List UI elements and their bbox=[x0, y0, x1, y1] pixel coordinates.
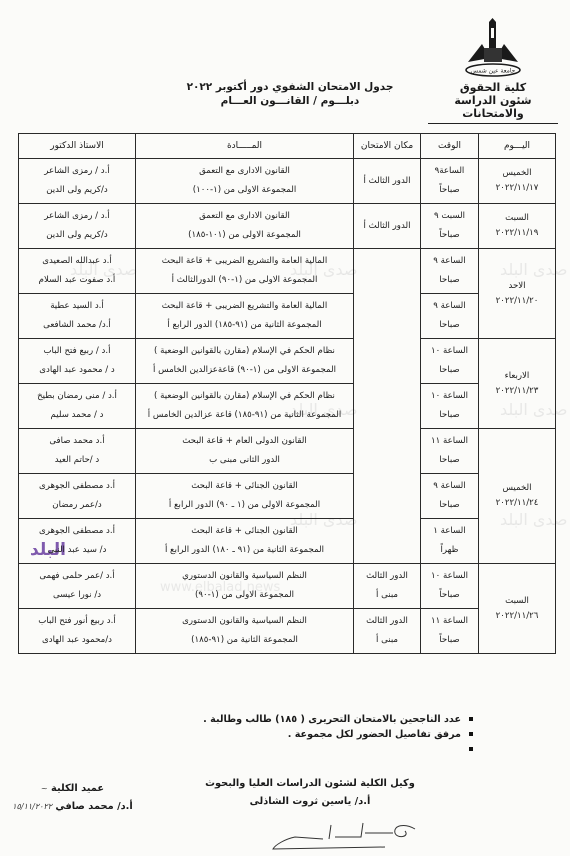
time-hour: الساعة ١١ bbox=[424, 435, 475, 448]
professor-cell: أ.د / منى رمضان بطيخ د / محمد سليم bbox=[19, 384, 136, 429]
professor-name: أ.د / منى رمضان بطيخ bbox=[22, 390, 132, 403]
vice-dean-title: وكيل الكلية لشئون الدراسات العليا والبحو… bbox=[190, 775, 430, 793]
day-date: ٢٠٢٢/١١/١٧ bbox=[482, 182, 552, 195]
document-title: جدول الامتحان الشفوي دور أكتوبر ٢٠٢٢ دبل… bbox=[150, 80, 430, 108]
location-building: مبنى أ bbox=[357, 589, 417, 602]
day-date: ٢٠٢٢/١١/١٩ bbox=[482, 227, 552, 240]
time-cell: الساعة٩ صباحاً bbox=[421, 159, 479, 204]
day-date: ٢٠٢٢/١١/٢٠ bbox=[482, 295, 552, 308]
day-name: السبت bbox=[482, 595, 552, 608]
dean-handwritten-date: ١٥/١١/٢٠٢٢ bbox=[12, 802, 52, 811]
professor-name: أ.د ربيع أنور فتح الباب bbox=[22, 615, 132, 628]
subject-name: المالية العامة والتشريع الضريبى + قاعة ا… bbox=[139, 300, 350, 313]
day-cell: الخميس ٢٠٢٢/١١/٢٤ bbox=[479, 429, 556, 564]
day-cell: الاحد ٢٠٢٢/١١/٢٠ bbox=[479, 249, 556, 339]
table-row: الساعة ٩ صباحا القانون الجنائى + قاعة ال… bbox=[19, 474, 556, 519]
dean-title: عميد الكلية ~ bbox=[5, 780, 140, 798]
column-header-day: اليـــوم bbox=[479, 134, 556, 159]
time-cell: الساعة ١ ظهراً bbox=[421, 519, 479, 564]
professor-cell: أ.د مصطفى الجوهرى د/ سيد عبد النبى bbox=[19, 519, 136, 564]
assistant-name: د/عمر رمضان bbox=[22, 499, 132, 512]
professor-cell: أ.د مصطفى الجوهرى د/عمر رمضان bbox=[19, 474, 136, 519]
professor-name: أ.د عبدالله الصعيدى bbox=[22, 255, 132, 268]
location-floor: الدور الثالث bbox=[357, 570, 417, 583]
table-row: الساعة ١٠ صباحا نظام الحكم في الإسلام (م… bbox=[19, 384, 556, 429]
vice-dean-signature-block: وكيل الكلية لشئون الدراسات العليا والبحو… bbox=[190, 775, 430, 811]
footnote-item bbox=[175, 742, 475, 757]
subject-name: القانون الدولى العام + قاعة البحث bbox=[139, 435, 350, 448]
subject-group: المجموعة الثانية من (٩١-١٨٥) قاعة عزالدي… bbox=[139, 409, 350, 422]
subject-name: النظم السياسية والقانون الدستورى bbox=[139, 615, 350, 628]
professor-cell: أ.د السيد عطية أ.د/ محمد الشافعى bbox=[19, 294, 136, 339]
subject-group: الدور الثانى مبنى ب bbox=[139, 454, 350, 467]
time-hour: الساعة ٩ bbox=[424, 480, 475, 493]
professor-cell: أ.د عبدالله الصعيدى أ.د صفوت عبد السلام bbox=[19, 249, 136, 294]
professor-cell: أ.د محمد صافى د /حاتم العيد bbox=[19, 429, 136, 474]
time-period: صباحا bbox=[424, 364, 475, 377]
svg-text:جامعة عين شمس: جامعة عين شمس bbox=[471, 68, 516, 75]
dean-handwritten-initials: ~ bbox=[41, 784, 48, 793]
subject-name: القانون الادارى مع التعمق bbox=[139, 165, 350, 178]
column-header-professor: الاستاذ الدكتور bbox=[19, 134, 136, 159]
time-cell: الساعة ١٠ صباحا bbox=[421, 384, 479, 429]
time-hour: الساعة ١٠ bbox=[424, 345, 475, 358]
subject-group: المجموعة الاولى من (١٠١-١٨٥) bbox=[139, 229, 350, 242]
subject-group: المجموعة الاولى من (١ ـ ٩٠) الدور الرابع… bbox=[139, 499, 350, 512]
professor-name: أ.د مصطفى الجوهرى bbox=[22, 525, 132, 538]
day-cell: السبت ٢٠٢٢/١١/٢٦ bbox=[479, 564, 556, 654]
table-row: الخميس ٢٠٢٢/١١/٢٤ الساعة ١١ صباحا القانو… bbox=[19, 429, 556, 474]
time-hour: الساعة ١٠ bbox=[424, 390, 475, 403]
table-row: الخميس ٢٠٢٢/١١/١٧ الساعة٩ صباحاً الدور ا… bbox=[19, 159, 556, 204]
column-header-subject: المـــــادة bbox=[136, 134, 354, 159]
time-hour: الساعة ٩ bbox=[424, 300, 475, 313]
table-row: الاحد ٢٠٢٢/١١/٢٠ الساعة ٩ صباحا المالية … bbox=[19, 249, 556, 294]
title-line-2: دبلـــوم / القانـــون العـــام bbox=[150, 94, 430, 108]
day-name: الخميس bbox=[482, 482, 552, 495]
day-date: ٢٠٢٢/١١/٢٦ bbox=[482, 610, 552, 623]
time-hour: الساعة ٩ bbox=[424, 255, 475, 268]
time-hour: السبت ٩ bbox=[424, 210, 475, 223]
time-period: صباحا bbox=[424, 454, 475, 467]
professor-cell: أ.د ربيع أنور فتح الباب د/محمود عبد الها… bbox=[19, 609, 136, 654]
professor-cell: أ.د / ربيع فتح الباب د / محمود عبد الهاد… bbox=[19, 339, 136, 384]
subject-name: القانون الادارى مع التعمق bbox=[139, 210, 350, 223]
professor-name: أ.د مصطفى الجوهرى bbox=[22, 480, 132, 493]
subject-cell: القانون الادارى مع التعمق المجموعة الاول… bbox=[136, 204, 354, 249]
subject-group: المجموعة الاولى من (١-٩٠) قاعةعزالدين ال… bbox=[139, 364, 350, 377]
dean-name: أ.د/ محمد صافي bbox=[55, 801, 132, 812]
subject-name: نظام الحكم في الإسلام (مقارن بالقوانين ا… bbox=[139, 390, 350, 403]
subject-cell: القانون الجنائى + قاعة البحث المجموعة ال… bbox=[136, 519, 354, 564]
assistant-name: د /حاتم العيد bbox=[22, 454, 132, 467]
exam-schedule-table: اليـــوم الوقت مكان الامتحان المـــــادة… bbox=[18, 133, 556, 654]
subject-name: النظم السياسية والقانون الدستوري bbox=[139, 570, 350, 583]
subject-cell: النظم السياسية والقانون الدستوري المجموع… bbox=[136, 564, 354, 609]
dean-name-line: أ.د/ محمد صافي ١٥/١١/٢٠٢٢ bbox=[5, 798, 140, 816]
day-name: السبت bbox=[482, 212, 552, 225]
assistant-name: د/كريم ولى الدين bbox=[22, 229, 132, 242]
day-name: الاربعاء bbox=[482, 370, 552, 383]
time-period: صباحاً bbox=[424, 589, 475, 602]
day-cell: السبت ٢٠٢٢/١١/١٩ bbox=[479, 204, 556, 249]
subject-cell: المالية العامة والتشريع الضريبى + قاعة ا… bbox=[136, 249, 354, 294]
time-period: صباحا bbox=[424, 274, 475, 287]
subject-name: المالية العامة والتشريع الضريبى + قاعة ا… bbox=[139, 255, 350, 268]
table-row: الساعة ١١ صباحاً الدور الثالث مبنى أ الن… bbox=[19, 609, 556, 654]
location-cell: الدور الثالث مبنى أ bbox=[354, 609, 421, 654]
assistant-name: د/كريم ولى الدين bbox=[22, 184, 132, 197]
professor-cell: أ.د / رمزى الشاعر د/كريم ولى الدين bbox=[19, 204, 136, 249]
table-row: الساعة ٩ صباحا المالية العامة والتشريع ا… bbox=[19, 294, 556, 339]
time-hour: الساعة ١ bbox=[424, 525, 475, 538]
document-page: صدى البلد صدى البلد صدى البلد صدى البلد … bbox=[0, 0, 570, 856]
subject-cell: نظام الحكم في الإسلام (مقارن بالقوانين ا… bbox=[136, 339, 354, 384]
location-cell: الدور الثالث أ bbox=[354, 159, 421, 204]
assistant-name: د/ سيد عبد النبى bbox=[22, 544, 132, 557]
professor-name: أ.د /عمر حلمى فهمى bbox=[22, 570, 132, 583]
table-row: الاربعاء ٢٠٢٢/١١/٢٣ الساعة ١٠ صباحا نظام… bbox=[19, 339, 556, 384]
time-cell: الساعة ٩ صباحا bbox=[421, 294, 479, 339]
time-hour: الساعة ١١ bbox=[424, 615, 475, 628]
college-name: كلية الحقوق bbox=[428, 81, 558, 94]
subject-group: المجموعة الاولى من (١-١٠٠) bbox=[139, 184, 350, 197]
subject-name: القانون الجنائى + قاعة البحث bbox=[139, 525, 350, 538]
subject-group: المجموعة الاولى من (١-٩٠) bbox=[139, 589, 350, 602]
table-row: الساعة ١ ظهراً القانون الجنائى + قاعة ال… bbox=[19, 519, 556, 564]
location-building: مبنى أ bbox=[357, 634, 417, 647]
time-cell: السبت ٩ صباحاً bbox=[421, 204, 479, 249]
column-header-location: مكان الامتحان bbox=[354, 134, 421, 159]
assistant-name: أ.د صفوت عبد السلام bbox=[22, 274, 132, 287]
time-hour: الساعة٩ bbox=[424, 165, 475, 178]
day-date: ٢٠٢٢/١١/٢٤ bbox=[482, 497, 552, 510]
day-name: الاحد bbox=[482, 280, 552, 293]
subject-cell: القانون الدولى العام + قاعة البحث الدور … bbox=[136, 429, 354, 474]
assistant-name: د / محمد سليم bbox=[22, 409, 132, 422]
location-cell-merged-empty bbox=[354, 249, 421, 564]
university-seal-icon: جامعة عين شمس bbox=[462, 18, 524, 80]
university-logo-block: جامعة عين شمس كلية الحقوق شئون الدراسة و… bbox=[428, 18, 558, 124]
professor-name: أ.د / رمزى الشاعر bbox=[22, 165, 132, 178]
time-cell: الساعة ١١ صباحاً bbox=[421, 609, 479, 654]
subject-cell: القانون الادارى مع التعمق المجموعة الاول… bbox=[136, 159, 354, 204]
time-cell: الساعة ١١ صباحا bbox=[421, 429, 479, 474]
table-row: السبت ٢٠٢٢/١١/٢٦ الساعة ١٠ صباحاً الدور … bbox=[19, 564, 556, 609]
assistant-name: د/ نورا عيسى bbox=[22, 589, 132, 602]
subject-group: المجموعة الثانية من (٩١-١٨٥) bbox=[139, 634, 350, 647]
time-cell: الساعة ١٠ صباحا bbox=[421, 339, 479, 384]
time-period: صباحا bbox=[424, 319, 475, 332]
location-cell: الدور الثالث مبنى أ bbox=[354, 564, 421, 609]
subject-cell: نظام الحكم في الإسلام (مقارن بالقوانين ا… bbox=[136, 384, 354, 429]
professor-name: أ.د / ربيع فتح الباب bbox=[22, 345, 132, 358]
day-date: ٢٠٢٢/١١/٢٣ bbox=[482, 385, 552, 398]
subject-group: المجموعة الثانية من (٩١ ـ ١٨٠) الدور الر… bbox=[139, 544, 350, 557]
subject-name: نظام الحكم في الإسلام (مقارن بالقوانين ا… bbox=[139, 345, 350, 358]
professor-name: أ.د / رمزى الشاعر bbox=[22, 210, 132, 223]
professor-cell: أ.د /عمر حلمى فهمى د/ نورا عيسى bbox=[19, 564, 136, 609]
dean-signature-block: عميد الكلية ~ أ.د/ محمد صافي ١٥/١١/٢٠٢٢ bbox=[5, 780, 140, 816]
time-period: صباحاً bbox=[424, 184, 475, 197]
time-period: صباحا bbox=[424, 409, 475, 422]
subject-group: المجموعة الثانية من (٩١-١٨٥) الدور الراب… bbox=[139, 319, 350, 332]
location-cell: الدور الثالث أ bbox=[354, 204, 421, 249]
table-row: السبت ٢٠٢٢/١١/١٩ السبت ٩ صباحاً الدور ال… bbox=[19, 204, 556, 249]
time-cell: الساعة ٩ صباحا bbox=[421, 474, 479, 519]
time-hour: الساعة ١٠ bbox=[424, 570, 475, 583]
column-header-time: الوقت bbox=[421, 134, 479, 159]
footnotes-list: عدد الناجحين بالامتحان التحريرى ( ١٨٥) ط… bbox=[175, 712, 475, 757]
day-cell: الخميس ٢٠٢٢/١١/١٧ bbox=[479, 159, 556, 204]
day-name: الخميس bbox=[482, 167, 552, 180]
location-floor: الدور الثالث bbox=[357, 615, 417, 628]
subject-group: المجموعة الاولى من (١-٩٠) الدورالثالث أ bbox=[139, 274, 350, 287]
time-period: صباحاً bbox=[424, 634, 475, 647]
table-header-row: اليـــوم الوقت مكان الامتحان المـــــادة… bbox=[19, 134, 556, 159]
time-period: صباحا bbox=[424, 499, 475, 512]
time-period: صباحاً bbox=[424, 229, 475, 242]
subject-cell: المالية العامة والتشريع الضريبى + قاعة ا… bbox=[136, 294, 354, 339]
footnote-item: مرفق تفاصيل الحضور لكل مجموعة . bbox=[175, 727, 475, 742]
assistant-name: د/محمود عبد الهادى bbox=[22, 634, 132, 647]
day-cell: الاربعاء ٢٠٢٢/١١/٢٣ bbox=[479, 339, 556, 429]
assistant-name: أ.د/ محمد الشافعى bbox=[22, 319, 132, 332]
professor-cell: أ.د / رمزى الشاعر د/كريم ولى الدين bbox=[19, 159, 136, 204]
assistant-name: د / محمود عبد الهادى bbox=[22, 364, 132, 377]
vice-dean-name: أ.د/ ياسين ثروت الشاذلى bbox=[190, 793, 430, 811]
department-name: شئون الدراسة والامتحانات bbox=[428, 94, 558, 124]
time-period: ظهراً bbox=[424, 544, 475, 557]
handwritten-signature-icon bbox=[265, 815, 425, 855]
title-line-1: جدول الامتحان الشفوي دور أكتوبر ٢٠٢٢ bbox=[150, 80, 430, 94]
subject-cell: النظم السياسية والقانون الدستورى المجموع… bbox=[136, 609, 354, 654]
time-cell: الساعة ٩ صباحا bbox=[421, 249, 479, 294]
subject-cell: القانون الجنائى + قاعة البحث المجموعة ال… bbox=[136, 474, 354, 519]
footnote-item: عدد الناجحين بالامتحان التحريرى ( ١٨٥) ط… bbox=[175, 712, 475, 727]
time-cell: الساعة ١٠ صباحاً bbox=[421, 564, 479, 609]
professor-name: أ.د السيد عطية bbox=[22, 300, 132, 313]
subject-name: القانون الجنائى + قاعة البحث bbox=[139, 480, 350, 493]
professor-name: أ.د محمد صافى bbox=[22, 435, 132, 448]
